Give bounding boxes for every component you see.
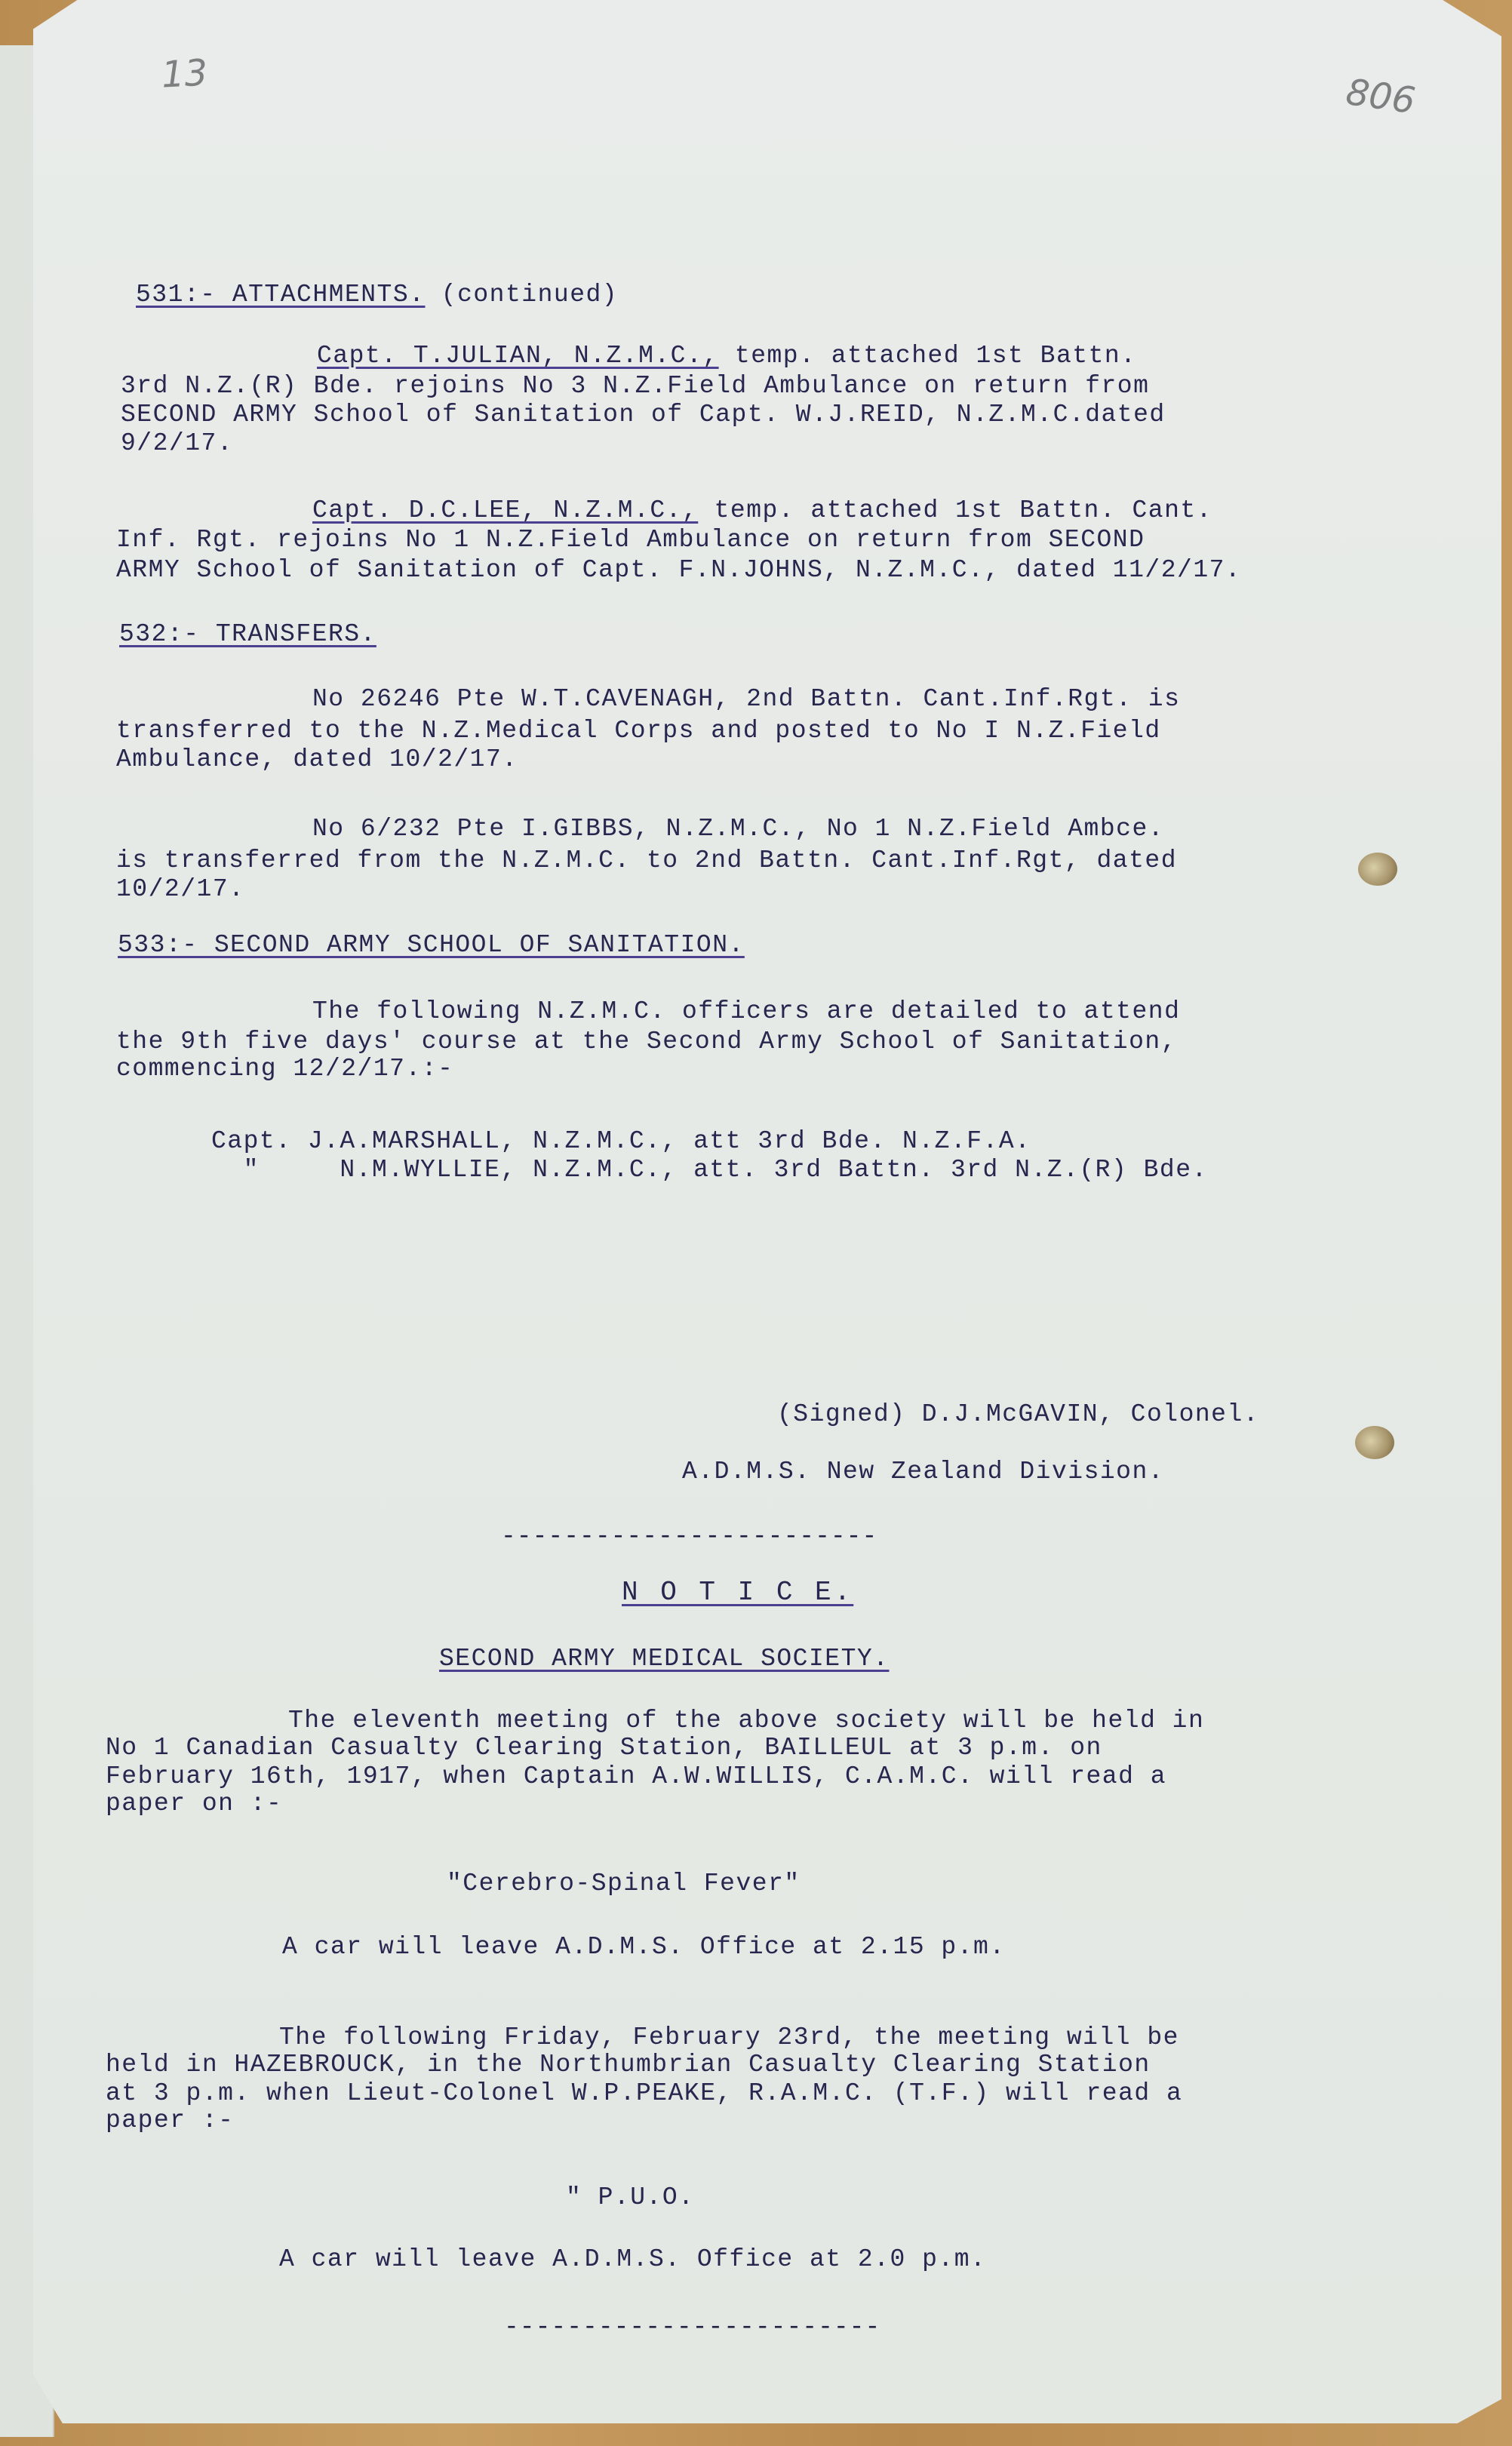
section-heading-suffix: (continued) xyxy=(425,281,618,309)
end-separator-line: ------------------------ xyxy=(504,2313,880,2341)
punch-hole xyxy=(1355,1426,1394,1459)
paragraph-line: paper on :- xyxy=(106,1790,282,1818)
paragraph-line: Capt. T.JULIAN, N.Z.M.C., temp. attached… xyxy=(317,342,1136,370)
paragraph-line: commencing 12/2/17.:- xyxy=(116,1055,453,1083)
paragraph-line: The following N.Z.M.C. officers are deta… xyxy=(312,997,1180,1026)
paragraph-line: paper :- xyxy=(106,2106,234,2135)
paragraph-line: February 16th, 1917, when Captain A.W.WI… xyxy=(106,1762,1166,1791)
paragraph-line: ARMY School of Sanitation of Capt. F.N.J… xyxy=(116,556,1241,585)
paper-title: " P.U.O. xyxy=(566,2183,694,2212)
paragraph-line: transferred to the N.Z.Medical Corps and… xyxy=(116,717,1161,745)
signature-title: A.D.M.S. New Zealand Division. xyxy=(682,1458,1164,1486)
paragraph-line: The eleventh meeting of the above societ… xyxy=(288,1707,1204,1735)
signature-line: (Signed) D.J.McGAVIN, Colonel. xyxy=(777,1400,1259,1429)
paragraph-line: SECOND ARMY School of Sanitation of Capt… xyxy=(121,401,1166,429)
paragraph-line: No 26246 Pte W.T.CAVENAGH, 2nd Battn. Ca… xyxy=(312,685,1180,714)
notice-subtitle: SECOND ARMY MEDICAL SOCIETY. xyxy=(439,1645,890,1673)
officer-name: Capt. D.C.LEE, N.Z.M.C., xyxy=(312,496,698,524)
paragraph-line: held in HAZEBROUCK, in the Northumbrian … xyxy=(106,2051,1151,2079)
section-heading: 531:- ATTACHMENTS. xyxy=(136,281,425,309)
section-533-heading: 533:- SECOND ARMY SCHOOL OF SANITATION. xyxy=(118,931,745,960)
paragraph-line: is transferred from the N.Z.M.C. to 2nd … xyxy=(116,847,1177,875)
page-number-left: 13 xyxy=(161,51,209,96)
notice-title: N O T I C E. xyxy=(622,1578,853,1607)
separator-line: ------------------------ xyxy=(501,1523,877,1550)
paper-title: "Cerebro-Spinal Fever" xyxy=(447,1870,801,1898)
paragraph-line: The following Friday, February 23rd, the… xyxy=(279,2023,1179,2052)
officer-list-item: Capt. J.A.MARSHALL, N.Z.M.C., att 3rd Bd… xyxy=(211,1127,1031,1156)
paragraph-line: No 1 Canadian Casualty Clearing Station,… xyxy=(106,1734,1102,1762)
paragraph-line: Capt. D.C.LEE, N.Z.M.C., temp. attached … xyxy=(312,496,1212,525)
paragraph-line: at 3 p.m. when Lieut-Colonel W.P.PEAKE, … xyxy=(106,2079,1182,2108)
paragraph-line: No 6/232 Pte I.GIBBS, N.Z.M.C., No 1 N.Z… xyxy=(312,815,1164,844)
paragraph-line: the 9th five days' course at the Second … xyxy=(116,1028,1177,1056)
section-532-heading: 532:- TRANSFERS. xyxy=(119,620,376,649)
punch-hole xyxy=(1358,853,1397,886)
officer-list-item: " N.M.WYLLIE, N.Z.M.C., att. 3rd Battn. … xyxy=(211,1156,1208,1185)
officer-name: Capt. T.JULIAN, N.Z.M.C., xyxy=(317,342,719,370)
paragraph-line: Ambulance, dated 10/2/17. xyxy=(116,745,518,774)
paragraph-line: Inf. Rgt. rejoins No 1 N.Z.Field Ambulan… xyxy=(116,526,1145,555)
car-note: A car will leave A.D.M.S. Office at 2.15… xyxy=(282,1933,1006,1962)
page-number-right: 806 xyxy=(1344,71,1418,122)
car-note: A car will leave A.D.M.S. Office at 2.0 … xyxy=(279,2245,986,2274)
paragraph-line: 9/2/17. xyxy=(121,429,233,458)
paragraph-line: 3rd N.Z.(R) Bde. rejoins No 3 N.Z.Field … xyxy=(121,372,1149,401)
section-531-heading-row: 531:- ATTACHMENTS. (continued) xyxy=(136,281,618,309)
paragraph-line: 10/2/17. xyxy=(116,875,244,904)
document-page: 13 806 531:- ATTACHMENTS. (continued) Ca… xyxy=(33,0,1501,2423)
